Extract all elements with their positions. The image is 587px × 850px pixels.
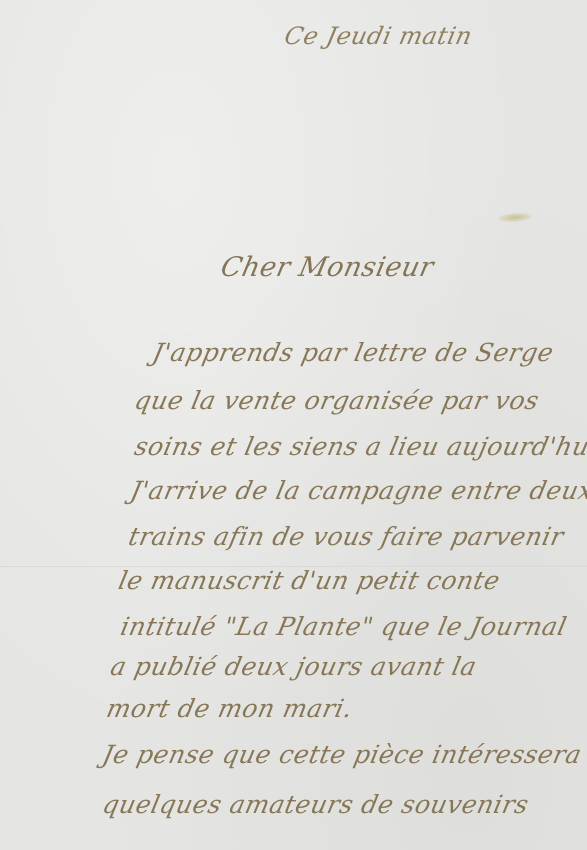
letter-body-line: trains afin de vous faire parvenir bbox=[126, 522, 567, 551]
letter-body-line: mort de mon mari. bbox=[104, 694, 355, 723]
letter-body-line: a publié deux jours avant la bbox=[108, 652, 479, 681]
letter-page: Ce Jeudi matin Cher Monsieur J'apprends … bbox=[0, 0, 587, 850]
letter-body-line: J'apprends par lettre de Serge bbox=[150, 338, 556, 367]
letter-body-line: que la vente organisée par vos bbox=[132, 386, 542, 415]
letter-dateline: Ce Jeudi matin bbox=[282, 22, 475, 50]
letter-body-line: soins et les siens a lieu aujourd'hui bbox=[132, 432, 587, 461]
letter-body-line: quelques amateurs de souvenirs bbox=[100, 790, 531, 819]
ink-stain bbox=[498, 212, 533, 223]
letter-body-line: Je pense que cette pièce intéressera bbox=[100, 740, 584, 769]
letter-salutation: Cher Monsieur bbox=[218, 252, 437, 283]
letter-body-line: J'arrive de la campagne entre deux bbox=[128, 476, 587, 505]
letter-body-line: le manuscrit d'un petit conte bbox=[116, 566, 503, 595]
letter-body-line: intitulé "La Plante" que le Journal bbox=[118, 612, 569, 641]
